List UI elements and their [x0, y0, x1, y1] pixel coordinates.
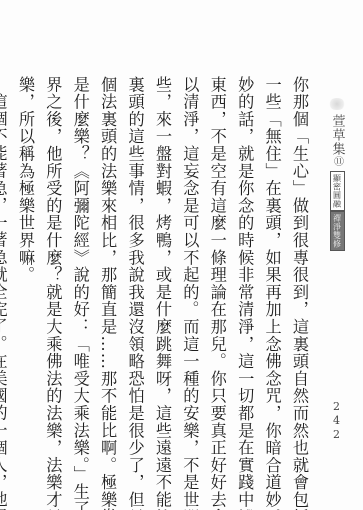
- volume-number: ⑪: [332, 156, 343, 167]
- text-column: 是什麼樂？《阿彌陀經》說的好：「唯受大乘法樂。」生了極樂世: [66, 76, 93, 486]
- text-column-indented: 這個不能著急，一著急就全完了。在美國的一個人，他用功用: [0, 76, 12, 486]
- body-text: 你那個「生心」做到很專很到，這裏頭自然而然也就會包括 一些「無住」在裏頭，如果再…: [0, 76, 313, 486]
- text-column: 以清淨，這妄念是可以不起的。而這一種的安樂，不是世間的這一: [176, 76, 203, 486]
- text-column: 個法裏頭的法樂來相比，那簡直是……那不能比啊。極樂世界之樂: [94, 76, 121, 486]
- ornament-icon: [328, 98, 346, 110]
- text-column: 些，來一盤對蝦，烤鴨，或是什麼跳舞呀，這些遠遠不能比。人生: [149, 76, 176, 486]
- text-column: 妙的話，就是你念的時候非常清淨，這一切都是在實踐中證明了的: [231, 76, 258, 486]
- text-column: 樂，所以稱為極樂世界嘛。: [12, 76, 39, 486]
- page-header: 萱草集⑪ 顯密圓融 禪淨雙修: [325, 98, 349, 251]
- section-label-bottom: 禪淨雙修: [330, 211, 345, 251]
- text-column: 界之後，他所受的是什麼？就是大乘佛法的法樂，法樂才是真實的: [39, 76, 66, 486]
- text-column: 你那個「生心」做到很專很到，這裏頭自然而然也就會包括: [286, 76, 313, 486]
- book-page: 萱草集⑪ 顯密圓融 禪淨雙修 你那個「生心」做到很專很到，這裏頭自然而然也就會包…: [0, 0, 363, 510]
- section-label-top: 顯密圓融: [330, 171, 345, 211]
- text-column: 一些「無住」在裏頭，如果再加上念佛念咒，你暗合道妙。暗合道: [258, 76, 285, 486]
- text-column: 東西，不是空有這麼一條理論在那兒。你只要真正好好去念，是可: [203, 76, 230, 486]
- book-title-text: 萱草集: [330, 114, 345, 156]
- book-title: 萱草集⑪: [328, 114, 347, 167]
- page-number: 242: [330, 400, 343, 442]
- text-column: 裏頭的這些事情，很多我說我還沒領略恐怕是很少了，但是要和這: [121, 76, 148, 486]
